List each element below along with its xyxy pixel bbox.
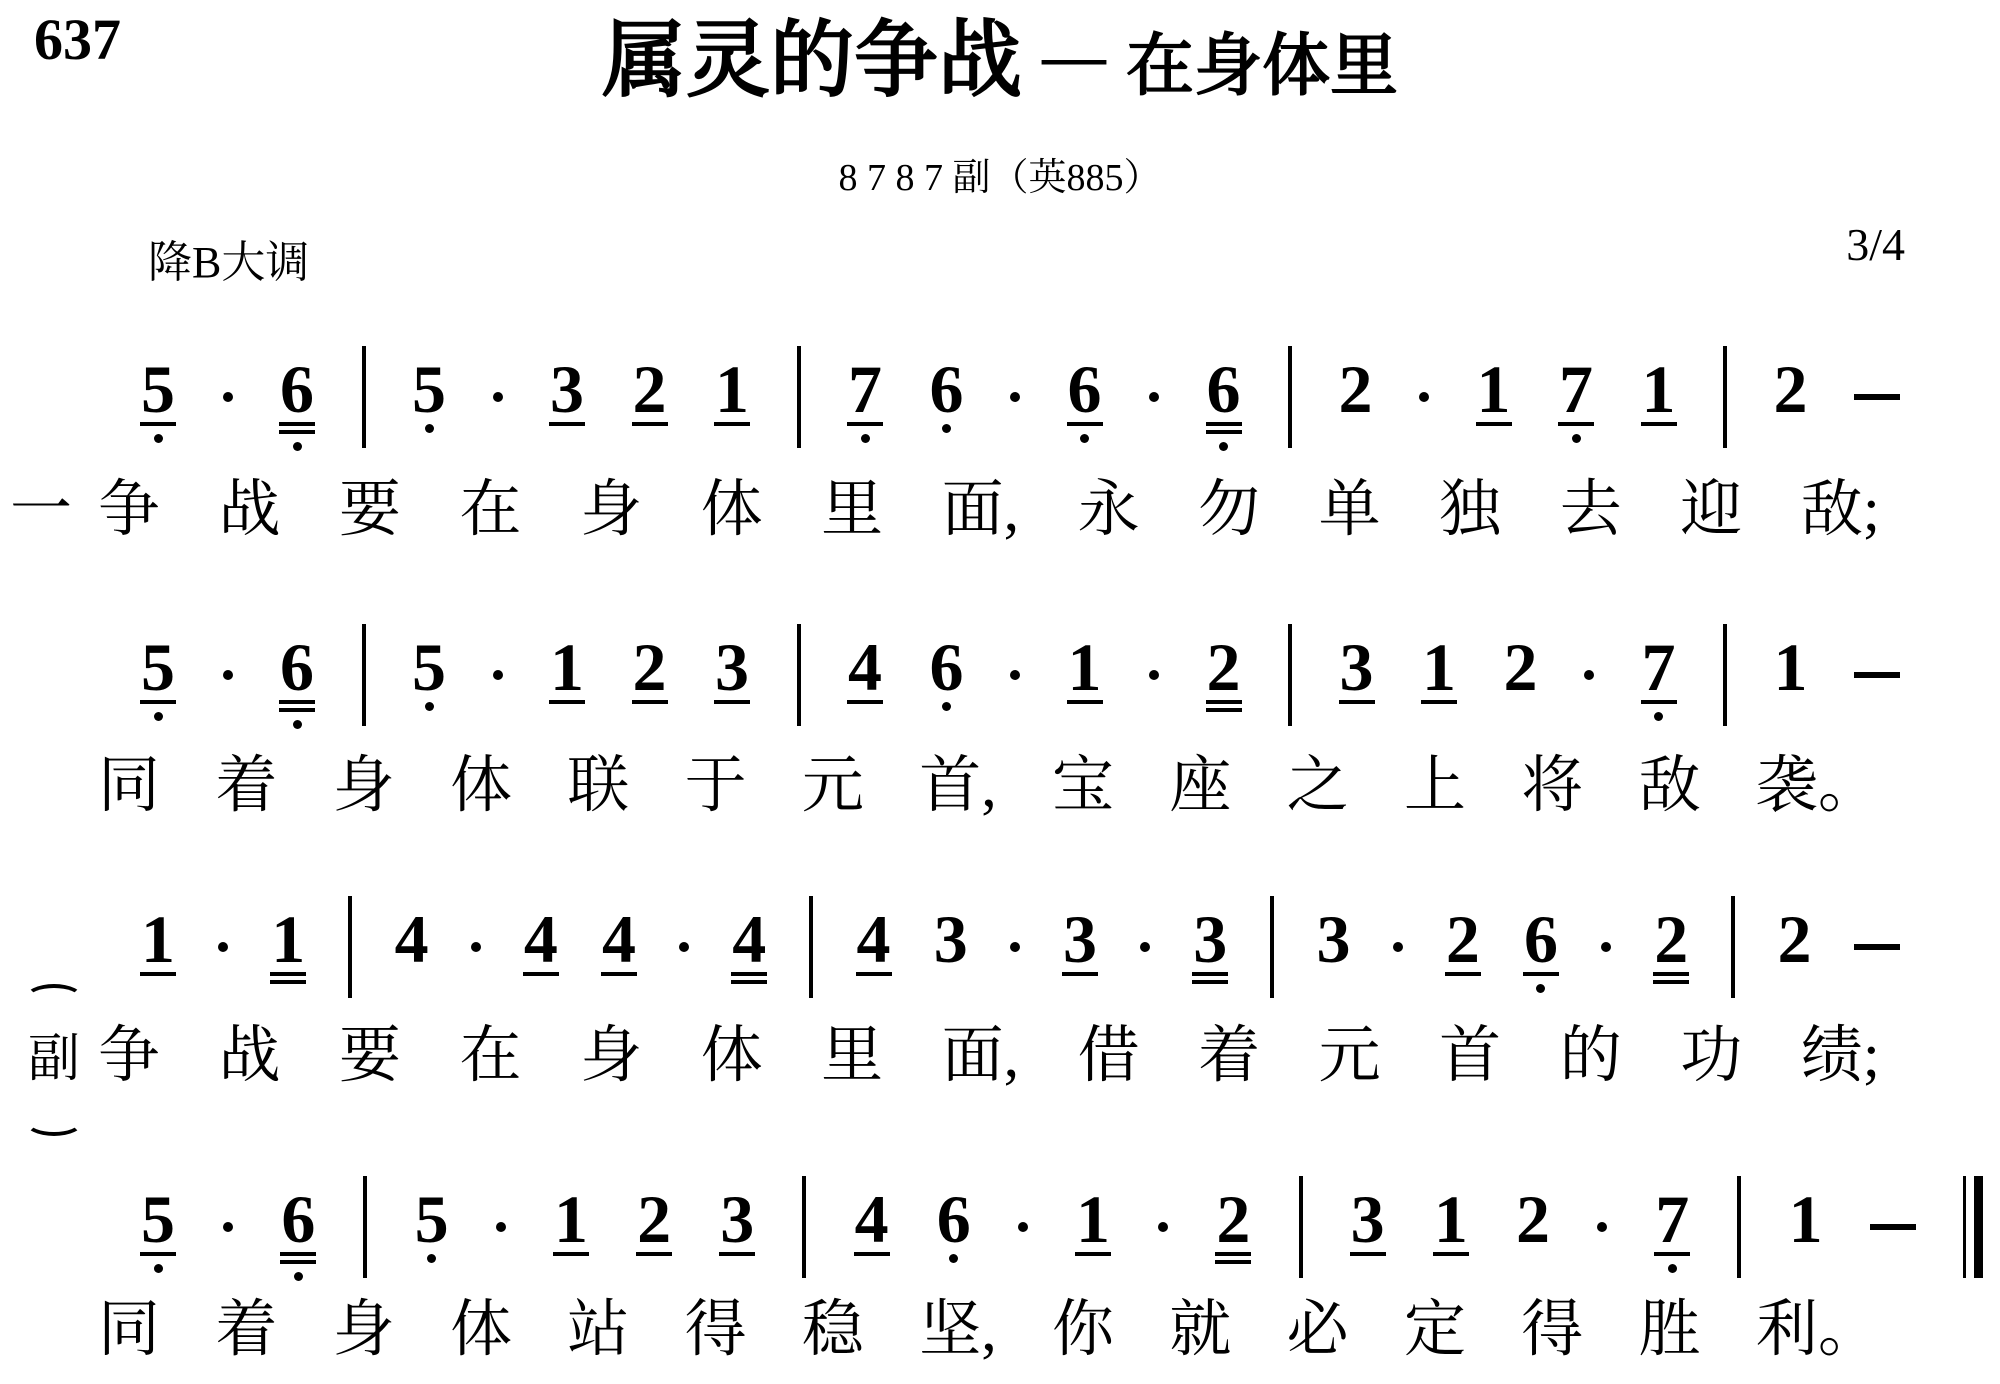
duration-underline bbox=[731, 980, 767, 984]
note-digit: 2 bbox=[1207, 640, 1241, 694]
jianpu-note: 1 bbox=[1075, 1192, 1111, 1256]
jianpu-note: 5 bbox=[140, 640, 176, 721]
duration-underline bbox=[1075, 1252, 1111, 1256]
jianpu-note: 1 bbox=[549, 640, 585, 704]
note-digit: 4 bbox=[602, 912, 636, 966]
jianpu-note: 3 bbox=[1350, 1192, 1386, 1256]
note-digit: 6 bbox=[937, 1192, 971, 1246]
lyric-syllable: 就 bbox=[1169, 1296, 1231, 1364]
note-digit: 1 bbox=[1774, 640, 1808, 694]
vertical-paren-open bbox=[25, 984, 83, 1012]
barline bbox=[1288, 624, 1292, 726]
lyric-syllable: 着 bbox=[1198, 1022, 1260, 1090]
jianpu-note: 6 bbox=[937, 1192, 971, 1263]
lyric-syllable: 战 bbox=[219, 1022, 281, 1090]
jianpu-note: 5 bbox=[412, 640, 446, 711]
low-octave-dot bbox=[1080, 434, 1089, 443]
lyrics-line-2: 同着身体联于元首,宝座之上将敌袭。 bbox=[98, 752, 1880, 820]
jianpu-note: 2 bbox=[1339, 362, 1373, 416]
lyric-syllable: 得 bbox=[685, 1296, 747, 1364]
duration-underline bbox=[279, 430, 315, 434]
duration-underline bbox=[854, 1252, 890, 1256]
duration-underline bbox=[1653, 980, 1689, 984]
duration-underline bbox=[549, 422, 585, 426]
duration-underline bbox=[279, 708, 315, 712]
lyric-syllable: 将 bbox=[1521, 752, 1583, 820]
duration-underline bbox=[1654, 1252, 1690, 1256]
jianpu-note: 7 bbox=[1654, 1192, 1690, 1273]
low-octave-dot bbox=[1572, 434, 1581, 443]
note-digit: 3 bbox=[720, 1192, 754, 1246]
jianpu-note: 3 bbox=[1339, 640, 1375, 704]
barline bbox=[797, 346, 801, 448]
jianpu-note: 4 bbox=[523, 912, 559, 976]
lyric-syllable: 首, bbox=[919, 752, 997, 820]
augmentation-dot bbox=[1149, 670, 1159, 680]
lyrics-line-3: 争战要在身体里面,借着元首的功绩; bbox=[98, 1022, 1880, 1090]
note-digit: 6 bbox=[930, 640, 964, 694]
augmentation-dot bbox=[1018, 1222, 1028, 1232]
duration-underline bbox=[1653, 972, 1689, 976]
note-digit: 1 bbox=[715, 362, 749, 416]
title-dash: — bbox=[1042, 20, 1106, 91]
jianpu-note: 4 bbox=[601, 912, 637, 976]
duration-underline bbox=[1067, 700, 1103, 704]
meter-line: 8 7 8 7 副（英885） bbox=[0, 146, 2000, 201]
jianpu-note: 6 bbox=[1523, 912, 1559, 993]
note-digit: 5 bbox=[415, 1192, 449, 1246]
lyric-syllable: 迎 bbox=[1680, 476, 1742, 544]
duration-underline bbox=[1339, 700, 1375, 704]
note-digit: 5 bbox=[412, 640, 446, 694]
lyric-syllable: 要 bbox=[339, 476, 401, 544]
note-digit: 7 bbox=[848, 362, 882, 416]
duration-underline bbox=[549, 700, 585, 704]
note-digit: 1 bbox=[1789, 1192, 1823, 1246]
notation-line-1: 565321766621712 bbox=[140, 362, 1900, 451]
note-digit: 4 bbox=[857, 912, 891, 966]
jianpu-note: 2 bbox=[1653, 912, 1689, 984]
note-digit: 2 bbox=[1216, 1192, 1250, 1246]
low-octave-dot bbox=[861, 434, 870, 443]
jianpu-note: 6 bbox=[930, 362, 964, 433]
note-digit: 1 bbox=[1434, 1192, 1468, 1246]
note-digit: 2 bbox=[1516, 1192, 1550, 1246]
barline bbox=[802, 1176, 806, 1278]
augmentation-dot bbox=[496, 1222, 506, 1232]
lyric-syllable: 宝 bbox=[1052, 752, 1114, 820]
jianpu-note: 6 bbox=[930, 640, 964, 711]
note-digit: 4 bbox=[395, 912, 429, 966]
augmentation-dot bbox=[1393, 942, 1403, 952]
note-digit: 6 bbox=[1524, 912, 1558, 966]
duration-underline bbox=[1215, 1252, 1251, 1256]
barline bbox=[1737, 1176, 1741, 1278]
duration-underline bbox=[1421, 700, 1457, 704]
duration-underline bbox=[847, 422, 883, 426]
lyric-syllable: 面, bbox=[942, 1022, 1020, 1090]
jianpu-note: 1 bbox=[1789, 1192, 1823, 1246]
sustain-dash bbox=[1854, 672, 1900, 678]
duration-underline bbox=[1445, 972, 1481, 976]
jianpu-note: 6 bbox=[279, 362, 315, 451]
vertical-paren-close bbox=[25, 1108, 83, 1136]
augmentation-dot bbox=[1010, 670, 1020, 680]
augmentation-dot bbox=[1597, 1222, 1607, 1232]
jianpu-note: 2 bbox=[1206, 640, 1242, 712]
duration-underline bbox=[1433, 1252, 1469, 1256]
note-digit: 5 bbox=[412, 362, 446, 416]
note-digit: 3 bbox=[1063, 912, 1097, 966]
duration-underline bbox=[1192, 980, 1228, 984]
lyrics-line-4: 同着身体站得稳坚,你就必定得胜利。 bbox=[98, 1296, 1880, 1364]
jianpu-note: 6 bbox=[279, 640, 315, 729]
duration-underline bbox=[856, 972, 892, 976]
barline bbox=[1723, 624, 1727, 726]
augmentation-dot bbox=[1601, 942, 1611, 952]
jianpu-note: 4 bbox=[395, 912, 429, 966]
note-digit: 6 bbox=[930, 362, 964, 416]
low-octave-dot bbox=[1654, 712, 1663, 721]
note-digit: 1 bbox=[1422, 640, 1456, 694]
duration-underline bbox=[140, 700, 176, 704]
chorus-marker: 副 bbox=[24, 984, 84, 1136]
note-digit: 5 bbox=[141, 362, 175, 416]
duration-underline bbox=[140, 422, 176, 426]
duration-underline bbox=[1062, 972, 1098, 976]
augmentation-dot bbox=[218, 942, 228, 952]
note-digit: 2 bbox=[1654, 912, 1688, 966]
lyric-syllable: 永 bbox=[1078, 476, 1140, 544]
note-digit: 2 bbox=[1504, 640, 1538, 694]
lyric-syllable: 联 bbox=[567, 752, 629, 820]
note-digit: 4 bbox=[732, 912, 766, 966]
lyric-syllable: 体 bbox=[450, 752, 512, 820]
jianpu-note: 3 bbox=[1062, 912, 1098, 976]
lyric-syllable: 坚, bbox=[919, 1296, 997, 1364]
verse-number-marker: 一 bbox=[10, 476, 72, 544]
jianpu-note: 2 bbox=[632, 640, 668, 704]
note-digit: 1 bbox=[141, 912, 175, 966]
lyric-syllable: 单 bbox=[1319, 476, 1381, 544]
jianpu-note: 4 bbox=[731, 912, 767, 984]
duration-underline bbox=[714, 700, 750, 704]
jianpu-note: 2 bbox=[1215, 1192, 1251, 1264]
augmentation-dot bbox=[493, 670, 503, 680]
barline bbox=[348, 896, 352, 998]
lyric-syllable: 体 bbox=[701, 476, 763, 544]
duration-underline bbox=[1641, 422, 1677, 426]
lyric-syllable: 争 bbox=[98, 1022, 160, 1090]
final-barline bbox=[1963, 1176, 1983, 1278]
lyric-syllable: 着 bbox=[215, 1296, 277, 1364]
note-digit: 5 bbox=[141, 640, 175, 694]
low-octave-dot bbox=[425, 424, 434, 433]
lyric-syllable: 上 bbox=[1404, 752, 1466, 820]
duration-underline bbox=[601, 972, 637, 976]
page-subtitle: 在身体里 bbox=[1126, 28, 1398, 104]
note-digit: 1 bbox=[554, 1192, 588, 1246]
augmentation-dot bbox=[679, 942, 689, 952]
augmentation-dot bbox=[223, 1222, 233, 1232]
note-digit: 7 bbox=[1642, 640, 1676, 694]
low-octave-dot bbox=[154, 434, 163, 443]
sustain-dash bbox=[1854, 944, 1900, 950]
notation-line-2: 565123461231271 bbox=[140, 640, 1900, 729]
jianpu-note: 2 bbox=[1516, 1192, 1550, 1246]
lyric-syllable: 在 bbox=[460, 1022, 522, 1090]
notation-line-4: 565123461231271 bbox=[140, 1192, 1983, 1281]
duration-underline bbox=[279, 422, 315, 426]
jianpu-note: 7 bbox=[1558, 362, 1594, 443]
low-octave-dot bbox=[293, 720, 302, 729]
low-octave-dot bbox=[154, 1264, 163, 1273]
jianpu-note: 1 bbox=[1067, 640, 1103, 704]
duration-underline bbox=[714, 422, 750, 426]
barline bbox=[362, 624, 366, 726]
lyric-syllable: 在 bbox=[460, 476, 522, 544]
duration-underline bbox=[1067, 422, 1103, 426]
duration-underline bbox=[1192, 972, 1228, 976]
note-digit: 6 bbox=[280, 362, 314, 416]
hymn-sheet-page: 637 属灵的争战—在身体里 8 7 8 7 副（英885） 降B大调 3/4 … bbox=[0, 0, 2000, 1384]
lyric-syllable: 得 bbox=[1521, 1296, 1583, 1364]
lyric-syllable: 首 bbox=[1439, 1022, 1501, 1090]
augmentation-dot bbox=[1010, 392, 1020, 402]
note-digit: 6 bbox=[1068, 362, 1102, 416]
jianpu-note: 1 bbox=[1774, 640, 1808, 694]
lyric-syllable: 同 bbox=[98, 752, 160, 820]
barline bbox=[1731, 896, 1735, 998]
lyric-syllable: 战 bbox=[219, 476, 281, 544]
lyric-syllable: 着 bbox=[215, 752, 277, 820]
jianpu-note: 2 bbox=[632, 362, 668, 426]
lyric-syllable: 元 bbox=[802, 752, 864, 820]
low-octave-dot bbox=[1668, 1264, 1677, 1273]
jianpu-note: 3 bbox=[719, 1192, 755, 1256]
barline bbox=[1288, 346, 1292, 448]
duration-underline bbox=[270, 972, 306, 976]
note-digit: 3 bbox=[1351, 1192, 1385, 1246]
lyric-syllable: 功 bbox=[1680, 1022, 1742, 1090]
duration-underline bbox=[140, 1252, 176, 1256]
jianpu-note: 6 bbox=[1206, 362, 1242, 451]
note-digit: 2 bbox=[1446, 912, 1480, 966]
jianpu-note: 1 bbox=[1641, 362, 1677, 426]
duration-underline bbox=[1206, 430, 1242, 434]
duration-underline bbox=[1206, 708, 1242, 712]
lyric-syllable: 身 bbox=[580, 1022, 642, 1090]
lyric-syllable: 身 bbox=[580, 476, 642, 544]
lyric-syllable: 稳 bbox=[802, 1296, 864, 1364]
low-octave-dot bbox=[427, 1254, 436, 1263]
lyric-syllable: 定 bbox=[1404, 1296, 1466, 1364]
barline bbox=[362, 346, 366, 448]
duration-underline bbox=[280, 1252, 316, 1256]
duration-underline bbox=[1523, 972, 1559, 976]
final-barline-thin bbox=[1963, 1176, 1966, 1278]
note-digit: 5 bbox=[141, 1192, 175, 1246]
duration-underline bbox=[731, 972, 767, 976]
time-signature: 3/4 bbox=[1846, 218, 1905, 271]
duration-underline bbox=[719, 1252, 755, 1256]
low-octave-dot bbox=[154, 712, 163, 721]
augmentation-dot bbox=[1140, 942, 1150, 952]
note-digit: 1 bbox=[1068, 640, 1102, 694]
page-title: 属灵的争战 bbox=[602, 15, 1022, 108]
lyric-syllable: 里 bbox=[821, 476, 883, 544]
low-octave-dot bbox=[1536, 984, 1545, 993]
final-barline-thick bbox=[1974, 1176, 1983, 1278]
jianpu-note: 7 bbox=[1641, 640, 1677, 721]
lyric-syllable: 面, bbox=[942, 476, 1020, 544]
jianpu-note: 2 bbox=[1778, 912, 1812, 966]
duration-underline bbox=[1206, 700, 1242, 704]
note-digit: 1 bbox=[1642, 362, 1676, 416]
duration-underline bbox=[1215, 1260, 1251, 1264]
jianpu-note: 5 bbox=[415, 1192, 449, 1263]
lyric-syllable: 勿 bbox=[1198, 476, 1260, 544]
note-digit: 2 bbox=[1774, 362, 1808, 416]
low-octave-dot bbox=[942, 702, 951, 711]
note-digit: 1 bbox=[271, 912, 305, 966]
lyric-syllable: 体 bbox=[450, 1296, 512, 1364]
note-digit: 4 bbox=[524, 912, 558, 966]
duration-underline bbox=[636, 1252, 672, 1256]
note-digit: 3 bbox=[1340, 640, 1374, 694]
barline bbox=[1299, 1176, 1303, 1278]
lyric-syllable: 敌 bbox=[1639, 752, 1701, 820]
augmentation-dot bbox=[1149, 392, 1159, 402]
note-digit: 2 bbox=[1339, 362, 1373, 416]
lyric-syllable: 利。 bbox=[1756, 1296, 1880, 1364]
note-digit: 2 bbox=[633, 362, 667, 416]
note-digit: 2 bbox=[1778, 912, 1812, 966]
jianpu-note: 4 bbox=[856, 912, 892, 976]
note-digit: 7 bbox=[1655, 1192, 1689, 1246]
jianpu-note: 3 bbox=[714, 640, 750, 704]
lyric-syllable: 之 bbox=[1287, 752, 1349, 820]
duration-underline bbox=[270, 980, 306, 984]
lyric-syllable: 身 bbox=[333, 1296, 395, 1364]
duration-underline bbox=[847, 700, 883, 704]
title-row: 属灵的争战—在身体里 bbox=[0, 0, 2000, 141]
jianpu-note: 7 bbox=[847, 362, 883, 443]
note-digit: 3 bbox=[550, 362, 584, 416]
lyric-syllable: 于 bbox=[685, 752, 747, 820]
jianpu-note: 1 bbox=[553, 1192, 589, 1256]
jianpu-note: 5 bbox=[140, 1192, 176, 1273]
jianpu-note: 1 bbox=[1476, 362, 1512, 426]
note-digit: 2 bbox=[637, 1192, 671, 1246]
lyric-syllable: 元 bbox=[1319, 1022, 1381, 1090]
lyric-syllable: 绩; bbox=[1801, 1022, 1880, 1090]
jianpu-note: 1 bbox=[714, 362, 750, 426]
sustain-dash bbox=[1870, 1224, 1916, 1230]
lyric-syllable: 胜 bbox=[1639, 1296, 1701, 1364]
note-digit: 3 bbox=[1317, 912, 1351, 966]
jianpu-note: 1 bbox=[1433, 1192, 1469, 1256]
lyric-syllable: 去 bbox=[1560, 476, 1622, 544]
low-octave-dot bbox=[942, 424, 951, 433]
jianpu-note: 1 bbox=[270, 912, 306, 984]
barline bbox=[1270, 896, 1274, 998]
note-digit: 3 bbox=[934, 912, 968, 966]
jianpu-note: 2 bbox=[636, 1192, 672, 1256]
barline bbox=[363, 1176, 367, 1278]
lyric-syllable: 争 bbox=[98, 476, 160, 544]
barline bbox=[797, 624, 801, 726]
note-digit: 4 bbox=[855, 1192, 889, 1246]
augmentation-dot bbox=[223, 392, 233, 402]
augmentation-dot bbox=[1158, 1222, 1168, 1232]
note-digit: 1 bbox=[550, 640, 584, 694]
lyric-syllable: 你 bbox=[1052, 1296, 1114, 1364]
sustain-dash bbox=[1854, 394, 1900, 400]
note-digit: 2 bbox=[633, 640, 667, 694]
low-octave-dot bbox=[294, 1272, 303, 1281]
note-digit: 7 bbox=[1559, 362, 1593, 416]
low-octave-dot bbox=[949, 1254, 958, 1263]
jianpu-note: 6 bbox=[1067, 362, 1103, 443]
jianpu-note: 1 bbox=[140, 912, 176, 976]
lyric-syllable: 座 bbox=[1169, 752, 1231, 820]
jianpu-note: 5 bbox=[140, 362, 176, 443]
jianpu-note: 3 bbox=[1192, 912, 1228, 984]
augmentation-dot bbox=[471, 942, 481, 952]
duration-underline bbox=[1476, 422, 1512, 426]
duration-underline bbox=[632, 422, 668, 426]
augmentation-dot bbox=[1010, 942, 1020, 952]
duration-underline bbox=[1350, 1252, 1386, 1256]
note-digit: 3 bbox=[1193, 912, 1227, 966]
jianpu-note: 5 bbox=[412, 362, 446, 433]
lyric-syllable: 必 bbox=[1287, 1296, 1349, 1364]
lyric-syllable: 身 bbox=[333, 752, 395, 820]
jianpu-note: 3 bbox=[1317, 912, 1351, 966]
duration-underline bbox=[280, 1260, 316, 1264]
jianpu-note: 4 bbox=[854, 1192, 890, 1256]
augmentation-dot bbox=[1584, 670, 1594, 680]
jianpu-note: 3 bbox=[934, 912, 968, 966]
augmentation-dot bbox=[1419, 392, 1429, 402]
barline bbox=[809, 896, 813, 998]
jianpu-note: 3 bbox=[549, 362, 585, 426]
note-digit: 3 bbox=[715, 640, 749, 694]
duration-underline bbox=[1641, 700, 1677, 704]
note-digit: 1 bbox=[1477, 362, 1511, 416]
duration-underline bbox=[140, 972, 176, 976]
jianpu-note: 2 bbox=[1504, 640, 1538, 694]
jianpu-note: 6 bbox=[280, 1192, 316, 1281]
duration-underline bbox=[523, 972, 559, 976]
lyric-syllable: 借 bbox=[1078, 1022, 1140, 1090]
jianpu-note: 1 bbox=[1421, 640, 1457, 704]
lyric-syllable: 敌; bbox=[1801, 476, 1880, 544]
lyric-syllable: 的 bbox=[1560, 1022, 1622, 1090]
duration-underline bbox=[279, 700, 315, 704]
duration-underline bbox=[1558, 422, 1594, 426]
duration-underline bbox=[632, 700, 668, 704]
lyric-syllable: 同 bbox=[98, 1296, 160, 1364]
lyric-syllable: 里 bbox=[821, 1022, 883, 1090]
note-digit: 4 bbox=[848, 640, 882, 694]
note-digit: 6 bbox=[281, 1192, 315, 1246]
chorus-marker-label: 副 bbox=[28, 1032, 80, 1088]
jianpu-note: 2 bbox=[1445, 912, 1481, 976]
low-octave-dot bbox=[425, 702, 434, 711]
key-signature: 降B大调 bbox=[148, 226, 309, 290]
